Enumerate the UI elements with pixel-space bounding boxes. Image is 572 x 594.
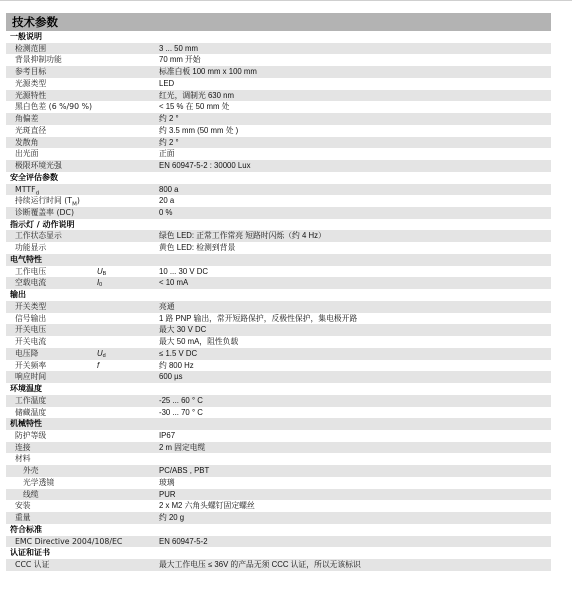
- spec-label-text: 外壳: [23, 466, 39, 475]
- spec-label-text: 诊断覆盖率 (DC): [15, 208, 74, 217]
- spec-label-text: 功能显示: [15, 243, 46, 252]
- section-header: 一般说明: [6, 31, 551, 43]
- spec-label: 工作温度: [15, 395, 46, 407]
- spec-label-text: 线缆: [23, 490, 39, 499]
- spec-value: 1 路 PNP 输出，常开短路保护，反极性保护，集电极开路: [159, 313, 357, 325]
- spec-row: 发散角约 2 °: [6, 137, 551, 149]
- spec-row: 外壳PC/ABS , PBT: [6, 465, 551, 477]
- spec-label: 连接: [15, 442, 31, 454]
- spec-label-text: 背景抑制功能: [15, 55, 62, 64]
- spec-value: 亮通: [159, 301, 175, 313]
- spec-symbol-subscript: B: [103, 271, 107, 277]
- spec-value: 标准白板 100 mm x 100 mm: [159, 66, 257, 78]
- spec-label-text: 防护等级: [15, 431, 46, 440]
- spec-value: 约 2 °: [159, 137, 179, 149]
- spec-label-text: 光源类型: [15, 79, 46, 88]
- spec-label-text: 工作状态显示: [15, 231, 62, 240]
- page-title: 技术参数: [6, 13, 551, 31]
- spec-row: 光源类型LED: [6, 78, 551, 90]
- spec-row: 开关频率f约 800 Hz: [6, 360, 551, 372]
- spec-value: EN 60947-5-2 : 30000 Lux: [159, 160, 250, 172]
- spec-label: 诊断覆盖率 (DC): [15, 207, 74, 219]
- spec-label-text: 开关电压: [15, 325, 46, 334]
- spec-label-text: 光学透镜: [23, 478, 54, 487]
- section-heading: 认证和证书: [10, 547, 50, 559]
- section-heading: 环境温度: [10, 383, 42, 395]
- spec-value: ≤ 1.5 V DC: [159, 348, 197, 360]
- spec-label-text: 连接: [15, 443, 31, 452]
- spec-label-text: 光源特性: [15, 91, 46, 100]
- spec-label: 开关电压: [15, 324, 46, 336]
- spec-label-text: 出光面: [15, 149, 38, 158]
- spec-row: 出光面正面: [6, 148, 551, 160]
- spec-row: EMC Directive 2004/108/ECEN 60947-5-2: [6, 536, 551, 548]
- spec-row: 材料: [6, 453, 551, 465]
- spec-value: 最大 30 V DC: [159, 324, 206, 336]
- spec-label: 空载电流: [15, 277, 46, 289]
- spec-label: 开关类型: [15, 301, 46, 313]
- spec-label: 光源特性: [15, 90, 46, 102]
- spec-value: 20 a: [159, 195, 174, 207]
- spec-row: 开关电流最大 50 mA，阻性负载: [6, 336, 551, 348]
- spec-label-text: CCC 认证: [15, 560, 49, 569]
- spec-label: 发散角: [15, 137, 38, 149]
- spec-label-text: 持续运行时间 (T: [15, 196, 72, 205]
- spec-value: 2 m 固定电缆: [159, 442, 205, 454]
- spec-value: EN 60947-5-2: [159, 536, 208, 548]
- spec-label-text: 光斑直径: [15, 126, 46, 135]
- spec-label-text: MTTF: [15, 185, 36, 194]
- spec-label: 材料: [15, 453, 31, 465]
- spec-row: 工作电压UB10 ... 30 V DC: [6, 266, 551, 278]
- spec-value: 约 2 °: [159, 113, 179, 125]
- spec-label-text: 工作温度: [15, 396, 46, 405]
- spec-symbol-subscript: d: [103, 353, 106, 359]
- spec-row: 光学透镜玻璃: [6, 477, 551, 489]
- spec-label-text: 开关类型: [15, 302, 46, 311]
- spec-value: 绿色 LED: 正常工作常亮 短路时闪烁（约 4 Hz）: [159, 230, 326, 242]
- top-rule: [0, 0, 572, 1]
- spec-value: 800 a: [159, 184, 179, 196]
- spec-row: 重量约 20 g: [6, 512, 551, 524]
- spec-value: < 15 % 在 50 mm 处: [159, 101, 229, 113]
- section-heading: 输出: [10, 289, 26, 301]
- spec-label: 线缆: [23, 489, 39, 501]
- spec-label-text: 极限环境光强: [15, 161, 62, 170]
- spec-value: 2 x M2 六角头螺钉固定螺丝: [159, 500, 255, 512]
- spec-label: 功能显示: [15, 242, 46, 254]
- spec-row: CCC 认证最大工作电压 ≤ 36V 的产品无须 CCC 认证，所以无该标识: [6, 559, 551, 571]
- spec-row: 黑白色差 (6 %/90 %)< 15 % 在 50 mm 处: [6, 101, 551, 113]
- spec-label-text: 电压降: [15, 349, 38, 358]
- section-heading: 指示灯 / 动作说明: [10, 219, 75, 231]
- spec-label: 光斑直径: [15, 125, 46, 137]
- spec-label: 信号输出: [15, 313, 46, 325]
- spec-row: 工作温度-25 ... 60 ° C: [6, 395, 551, 407]
- spec-row: 功能显示黄色 LED: 检测到背景: [6, 242, 551, 254]
- spec-label-text: 开关电流: [15, 337, 46, 346]
- spec-label: 响应时间: [15, 371, 46, 383]
- spec-label-text: 储藏温度: [15, 408, 46, 417]
- spec-symbol-text: f: [97, 361, 99, 370]
- section-heading: 一般说明: [10, 31, 42, 43]
- spec-value: PUR: [159, 489, 175, 501]
- spec-row: 参考目标标准白板 100 mm x 100 mm: [6, 66, 551, 78]
- spec-label: 开关电流: [15, 336, 46, 348]
- section-header: 机械特性: [6, 418, 551, 430]
- spec-value: 600 µs: [159, 371, 183, 383]
- spec-value: 玻璃: [159, 477, 175, 489]
- spec-table: 一般说明检测范围 3 ... 50 mm背景抑制功能70 mm 开始参考目标标准…: [6, 31, 551, 571]
- spec-row: 防护等级IP67: [6, 430, 551, 442]
- spec-label: 外壳: [23, 465, 39, 477]
- spec-symbol: f: [97, 360, 99, 372]
- spec-value: PC/ABS , PBT: [159, 465, 209, 477]
- spec-value: 红光，调制光 630 nm: [159, 90, 234, 102]
- spec-label-text: 发散角: [15, 138, 38, 147]
- spec-row: 电压降Ud≤ 1.5 V DC: [6, 348, 551, 360]
- spec-row: 检测范围 3 ... 50 mm: [6, 43, 551, 55]
- spec-row: 信号输出1 路 PNP 输出，常开短路保护，反极性保护，集电极开路: [6, 313, 551, 325]
- spec-value: 黄色 LED: 检测到背景: [159, 242, 235, 254]
- spec-row: 线缆PUR: [6, 489, 551, 501]
- section-header: 电气特性: [6, 254, 551, 266]
- section-header: 安全评估参数: [6, 172, 551, 184]
- spec-label: 重量: [15, 512, 31, 524]
- spec-label: 参考目标: [15, 66, 46, 78]
- spec-label: 储藏温度: [15, 407, 46, 419]
- section-heading: 符合标准: [10, 524, 42, 536]
- spec-label: 防护等级: [15, 430, 46, 442]
- spec-label: EMC Directive 2004/108/EC: [15, 536, 122, 548]
- section-heading: 机械特性: [10, 418, 42, 430]
- spec-label-text: 黑白色差 (6 %/90 %): [15, 102, 92, 111]
- spec-label-text: 安装: [15, 501, 31, 510]
- spec-value: 约 20 g: [159, 512, 184, 524]
- spec-row: 背景抑制功能70 mm 开始: [6, 54, 551, 66]
- section-header: 符合标准: [6, 524, 551, 536]
- spec-row: 空载电流I0 < 10 mA: [6, 277, 551, 289]
- spec-row: 响应时间600 µs: [6, 371, 551, 383]
- spec-value: 10 ... 30 V DC: [159, 266, 208, 278]
- spec-value: 最大工作电压 ≤ 36V 的产品无须 CCC 认证，所以无该标识: [159, 559, 361, 571]
- spec-label-text: 检测范围: [15, 44, 46, 53]
- spec-row: 角偏差约 2 °: [6, 113, 551, 125]
- spec-label: 出光面: [15, 148, 38, 160]
- spec-value: IP67: [159, 430, 175, 442]
- section-header: 输出: [6, 289, 551, 301]
- spec-label: 黑白色差 (6 %/90 %): [15, 101, 92, 113]
- spec-label-text: 重量: [15, 513, 31, 522]
- spec-label-text: 开关频率: [15, 361, 46, 370]
- spec-row: 连接2 m 固定电缆: [6, 442, 551, 454]
- spec-value: 70 mm 开始: [159, 54, 201, 66]
- spec-label-text: 材料: [15, 454, 31, 463]
- spec-row: 开关电压最大 30 V DC: [6, 324, 551, 336]
- spec-symbol-subscript: 0: [99, 282, 102, 288]
- spec-row: 持续运行时间 (TM)20 a: [6, 195, 551, 207]
- spec-label: 背景抑制功能: [15, 54, 62, 66]
- spec-label: 极限环境光强: [15, 160, 62, 172]
- spec-label-text: 工作电压: [15, 267, 46, 276]
- section-header: 指示灯 / 动作说明: [6, 219, 551, 231]
- spec-label: 电压降: [15, 348, 38, 360]
- section-header: 环境温度: [6, 383, 551, 395]
- section-heading: 电气特性: [10, 254, 42, 266]
- spec-row: 光源特性红光，调制光 630 nm: [6, 90, 551, 102]
- spec-value: -25 ... 60 ° C: [159, 395, 203, 407]
- spec-label-text: 信号输出: [15, 314, 46, 323]
- spec-label-suffix: ): [77, 196, 80, 205]
- spec-label: 工作状态显示: [15, 230, 62, 242]
- spec-value: 最大 50 mA，阻性负载: [159, 336, 238, 348]
- spec-row: 光斑直径约 3.5 mm (50 mm 处 ): [6, 125, 551, 137]
- spec-label-text: 空载电流: [15, 278, 46, 287]
- spec-row: 诊断覆盖率 (DC)0 %: [6, 207, 551, 219]
- spec-label-text: 参考目标: [15, 67, 46, 76]
- spec-label-text: 响应时间: [15, 372, 46, 381]
- spec-value: 3 ... 50 mm: [159, 43, 198, 55]
- spec-label: 光学透镜: [23, 477, 54, 489]
- spec-label: 角偏差: [15, 113, 38, 125]
- spec-row: MTTFd800 a: [6, 184, 551, 196]
- spec-row: 储藏温度-30 ... 70 ° C: [6, 407, 551, 419]
- spec-value: 约 800 Hz: [159, 360, 194, 372]
- spec-label: 工作电压: [15, 266, 46, 278]
- spec-label-text: EMC Directive 2004/108/EC: [15, 537, 122, 546]
- spec-row: 极限环境光强EN 60947-5-2 : 30000 Lux: [6, 160, 551, 172]
- spec-label: 开关频率: [15, 360, 46, 372]
- spec-label-text: 角偏差: [15, 114, 38, 123]
- spec-value: 约 3.5 mm (50 mm 处 ): [159, 125, 238, 137]
- section-header: 认证和证书: [6, 547, 551, 559]
- spec-value: < 10 mA: [159, 277, 188, 289]
- spec-row: 开关类型亮通: [6, 301, 551, 313]
- section-heading: 安全评估参数: [10, 172, 58, 184]
- spec-value: 正面: [159, 148, 175, 160]
- spec-value: LED: [159, 78, 174, 90]
- spec-row: 安装2 x M2 六角头螺钉固定螺丝: [6, 500, 551, 512]
- spec-value: -30 ... 70 ° C: [159, 407, 203, 419]
- spec-value: 0 %: [159, 207, 172, 219]
- spec-row: 工作状态显示绿色 LED: 正常工作常亮 短路时闪烁（约 4 Hz）: [6, 230, 551, 242]
- spec-label: 光源类型: [15, 78, 46, 90]
- spec-label: 检测范围: [15, 43, 46, 55]
- spec-label: 安装: [15, 500, 31, 512]
- spec-label: CCC 认证: [15, 559, 49, 571]
